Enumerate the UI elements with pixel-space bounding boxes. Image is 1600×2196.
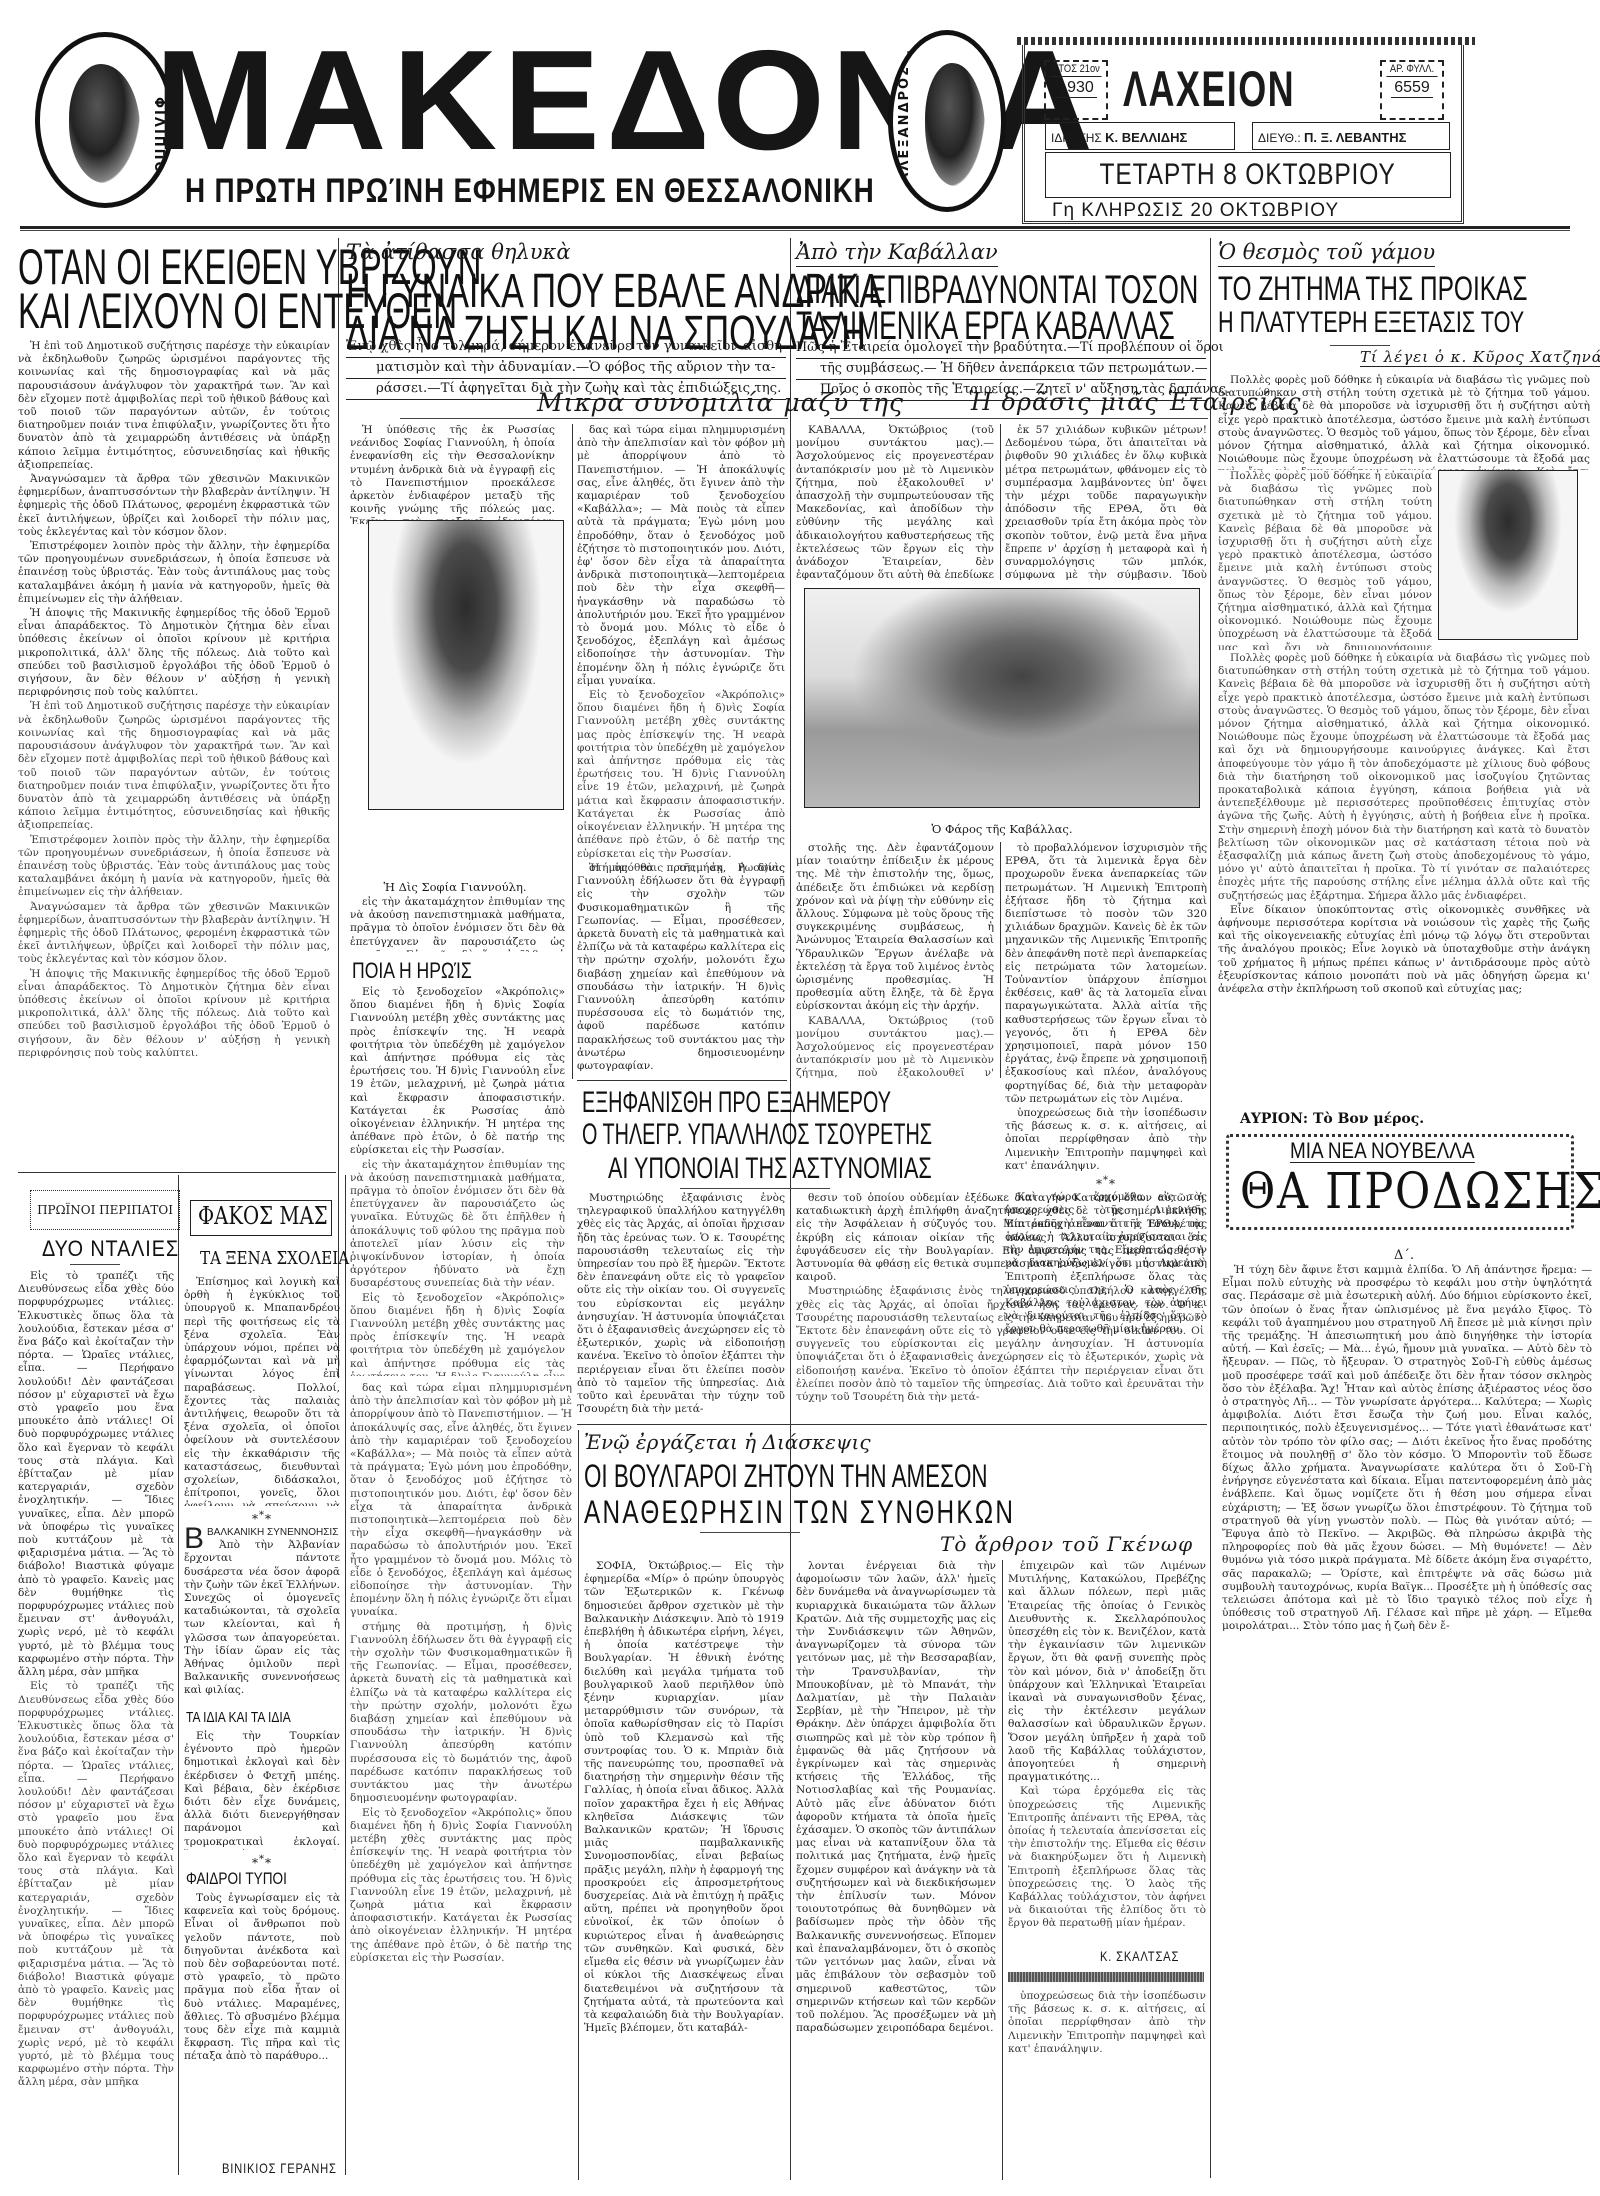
- morning-walks-label-box: ΠΡΩΪΝΟΙ ΠΕΡΙΠΑΤΟΙ: [30, 1190, 180, 1230]
- newspaper-subtitle: Η ΠΡΩΤΗ ΠΡΩΊΝΗ ΕΦΗΜΕΡΙΣ ΕΝ ΘΕΣΣΑΛΟΝΙΚΗ: [185, 172, 875, 211]
- our-lens-body: Ἐπίσημος καὶ λογικὴ καὶ ὀρθὴ ἡ ἐγκύκλιος…: [184, 1276, 340, 1506]
- photo-caption-sofia: Ἡ Δὶς Σοφία Γιαννούλη.: [350, 880, 560, 894]
- director-box: ΔΙΕΥΘ.: Π. Ξ. ΛΕΒΑΝΤΗΣ: [1252, 122, 1450, 150]
- dowry-tomorrow: ΑΥΡΙΟΝ: Τὸ Βον μέρος.: [1240, 1112, 1424, 1126]
- alexander-medallion-icon: ΑΛΕΞΑΝΔΡΟΣ: [888, 30, 1006, 212]
- insults-body: Ἡ ἐπὶ τοῦ Δημοτικοῦ συζήτησις παρέσχε τὴ…: [18, 340, 330, 1166]
- morning-walks-headline: ΔΥΟ ΝΤΑΛΙΕΣ: [42, 1238, 179, 1260]
- issue-date: ΤΕΤΑΡΤΗ 8 ΟΚΤΩΒΡΙΟΥ: [1045, 152, 1451, 198]
- issue-label: ΑΡ. ΦΥΛΛ.: [1387, 62, 1438, 77]
- cheerful-types-body: Τοὺς ἐγνωρίσαμεν εἰς τὰ καφενεῖα καὶ τοὺ…: [184, 1892, 340, 2154]
- same-things-head: ΤΑ ΙΔΙΑ ΚΑΙ ΤΑ ΙΔΙΑ: [186, 1710, 291, 1725]
- same-things-body: Εἰς τὴν Τουρκίαν ἐγένοντο πρὸ ἡμερῶν δημ…: [184, 1730, 340, 1850]
- kavala-body-4: τὸ προβαλλόμενον ἰσχυρισμὸν τῆς ΕΡΘΑ, ὅτ…: [1005, 842, 1207, 1422]
- philip-medallion-icon: ΦΙΛΙΠΠΟΣ: [35, 32, 175, 208]
- woman-body-left-2: εἰς τὴν ἀκαταμάχητον ἐπιθυμίαν της νὰ ἀκ…: [350, 896, 565, 952]
- our-lens-headline: ΤΑ ΞΕΝΑ ΣΧΟΛΕΙΑ: [200, 1250, 349, 1268]
- year-value: 1930: [1055, 77, 1097, 98]
- dowry-subhead: Τί λέγει ὁ κ. Κῦρος Χατζηνάσης: [1360, 348, 1600, 367]
- photo-sofia-giannouli: [368, 520, 564, 810]
- bulgarians-kicker: Ἐνῷ ἐργάζεται ἡ Διάσκεψις: [584, 1430, 871, 1454]
- dowry-headline-2: Η ΠΛΑΤΥΤΕΡΗ ΕΞΕΤΑΣΙΣ ΤΟΥ: [1218, 308, 1524, 338]
- bulgarians-body-1: ΣΟΦΙΑ, Ὀκτώβριος.— Εἰς τὴν ἐφημερίδα «Μί…: [584, 1560, 784, 2180]
- kavala-body-3: στολῆς της. Δὲν ἐφαντάζομουν μίαν τοιαύτ…: [796, 842, 994, 1078]
- lottery-title: ΛΑΧΕΙΟΝ: [1123, 60, 1295, 118]
- bulgarians-body-2: λονται ἐνέργειαι διὰ τὴν ἀφομοίωσιν τῶν …: [796, 1560, 996, 2180]
- woman-kicker: Τὰ ἀτίθασσα θηλυκὰ: [346, 240, 571, 264]
- dowry-kicker: Ὁ θεσμὸς τοῦ γάμου: [1218, 240, 1435, 267]
- kavala-body-2: ἐκ 57 χιλιάδων κυβικῶν μέτρων! Δεδομένου…: [1005, 424, 1207, 580]
- decorative-border: [1017, 37, 1475, 45]
- our-lens-author: ΒΙΝΙΚΙΟΣ ΓΕΡΑΝΗΣ: [222, 2160, 337, 2176]
- dowry-headline-1: ΤΟ ΖΗΤΗΜΑ ΤΗΣ ΠΡΟΙΚΑΣ: [1218, 272, 1528, 306]
- masthead-rule: [20, 226, 1570, 231]
- morning-walks-label: ΠΡΩΪΝΟΙ ΠΕΡΙΠΑΤΟΙ: [37, 1203, 173, 1217]
- founder-box: ΙΔΡΥΤΗΣ Κ. ΒΕΛΛΙΔΗΣ: [1045, 122, 1235, 150]
- kavala-author: Κ. ΣΚΑΛΤΣΑΣ: [1100, 1948, 1179, 1964]
- kavala-kicker: Ἀπὸ τὴν Καβάλλαν: [796, 240, 998, 267]
- director-label: ΔΙΕΥΘ.:: [1258, 131, 1301, 145]
- woman-body-left-3: Εἰς τὸ ξενοδοχεῖον «Ἀκρόπολις» ὅπου διαμ…: [350, 986, 565, 1376]
- balkan-section: ΒΒΑΛΚΑΝΙΚΗ ΣΥΝΕΝΝΟΗΣΙΣ Ἀπὸ τὴν Ἀλβανίαν …: [184, 1526, 340, 1726]
- section-divider-stars: ***: [184, 1510, 340, 1526]
- disappearance-headline-2: Ο ΤΗΛΕΓΡ. ΥΠΑΛΛΗΛΟΣ ΤΣΟΥΡΕΤΗΣ: [582, 1120, 932, 1150]
- disappearance-headline-3: ΑΙ ΥΠΟΝΟΙΑΙ ΤΗΣ ΑΣΤΥΝΟΜΙΑΣ: [608, 1154, 932, 1184]
- kavala-body-end: ὑποχρεώσεως διὰ τὴν ἰσοπέδωσιν τῆς βάσεω…: [1008, 1990, 1206, 2180]
- bulgarians-headline-1: ΟΙ ΒΟΥΛΓΑΡΟΙ ΖΗΤΟΥΝ ΤΗΝ ΑΜΕΣΟΝ: [584, 1460, 988, 1492]
- balkan-head: ΒΑΛΚΑΝΙΚΗ ΣΥΝΕΝΝΟΗΣΙΣ: [207, 1527, 338, 1538]
- morning-walks-body: Εἰς τὸ τραπέζι τῆς Διευθύνσεως εἶδα χθὲς…: [18, 1270, 174, 2180]
- woman-continuation-left: δας καὶ τώρα εἶμαι πλημμυρισμένη ἀπὸ τὴν…: [350, 1382, 572, 2182]
- decorative-bar: [1008, 1972, 1204, 1982]
- section-head-who-is-the-heroine: ΠΟΙΑ Η ΗΡΩΊΣ: [352, 960, 472, 982]
- woman-body-right-2: στήμης θὰ προτιμήσῃ, ἡ δ)νὶς Γιαννούλη ἐ…: [577, 862, 785, 1076]
- draw-notice: Γη ΚΛΗΡΩΣΙΣ 20 ΟΚΤΩΒΡΙΟΥ: [1052, 200, 1339, 222]
- director-name: Π. Ξ. ΛΕΒΑΝΤΗΣ: [1304, 130, 1406, 145]
- founder-name: Κ. ΒΕΛΛΙΔΗΣ: [1105, 130, 1187, 145]
- photo-kavala-lighthouse: [804, 588, 1200, 808]
- bulgarians-subhead: Τὸ ἄρθρον τοῦ Γκένωφ: [940, 1532, 1193, 1556]
- disappearance-headline-1: ΕΞΗΦΑΝΙΣΘΗ ΠΡΟ ΕΞΑΗΜΕΡΟΥ: [582, 1088, 891, 1118]
- issue-box: ΑΡ. ΦΥΛΛ. 6559: [1380, 60, 1444, 120]
- photo-kyros-chatzinasis: [1438, 470, 1578, 640]
- founder-label: ΙΔΡΥΤΗΣ: [1051, 131, 1102, 145]
- kavala-body-7: ἐπιχειρῶν καὶ τῶν Λιμένων Μυτιλήνης, Κατ…: [1008, 1560, 1206, 1940]
- dowry-body-2: Πολλὲς φορὲς μοῦ δόθηκε ἡ εὐκαιρία νὰ δι…: [1218, 652, 1590, 1108]
- photo-caption-kavala: Ὁ Φάρος τῆς Καβάλλας.: [804, 822, 1200, 836]
- dowry-body-1-wrap: Πολλὲς φορὲς μοῦ δόθηκε ἡ εὐκαιρία νὰ δι…: [1218, 470, 1432, 650]
- our-lens-label: ΦΑΚΟΣ ΜΑΣ: [198, 1204, 328, 1228]
- woman-body-right: δας καὶ τώρα εἶμαι πλημμυρισμένη ἀπὸ τὴν…: [577, 424, 785, 872]
- year-label: ΕΤΟΣ 21ον: [1051, 62, 1102, 77]
- novella-label: ΜΙΑ ΝΕΑ ΝΟΥΒΕΛΛΑ: [1290, 1140, 1474, 1163]
- woman-body-left: Ἡ ὑπόθεσις τῆς ἐκ Ρωσσίας νεάνιδος Σοφία…: [350, 424, 555, 524]
- kavala-body-1: ΚΑΒΑΛΛΑ, Ὀκτώβριος (τοῦ μονίμου συντάκτο…: [796, 424, 994, 580]
- year-box: ΕΤΟΣ 21ον 1930: [1044, 60, 1108, 120]
- medal-inscription-right: ΑΛΕΞΑΝΔΡΟΣ: [897, 65, 912, 183]
- novella-title: ΘΑ ΠΡΟΔΩΣΗΣ!: [1240, 1166, 1600, 1216]
- disappearance-body-1: Μυστηριώδης ἐξαφάνισις ἑνὸς τηλεγραφικοῦ…: [577, 1192, 785, 1418]
- dowry-body-1: Πολλὲς φορὲς μοῦ δόθηκε ἡ εὐκαιρία νὰ δι…: [1218, 374, 1590, 470]
- novella-chapter: Δ΄.: [1218, 1248, 1590, 1263]
- novella-body: Ἡ τύχη δὲν ἄφινε ἔτσι καμμιὰ ἐλπίδα. Ὁ Λ…: [1222, 1264, 1592, 2184]
- issue-value: 6559: [1391, 77, 1433, 98]
- bulgarians-headline-2: ΑΝΑΘΕΩΡΗΣΙΝ ΤΩΝ ΣΥΝΘΗΚΩΝ: [584, 1496, 1015, 1528]
- cheerful-types-head: ΦΑΙΔΡΟΙ ΤΥΠΟΙ: [186, 1870, 287, 1887]
